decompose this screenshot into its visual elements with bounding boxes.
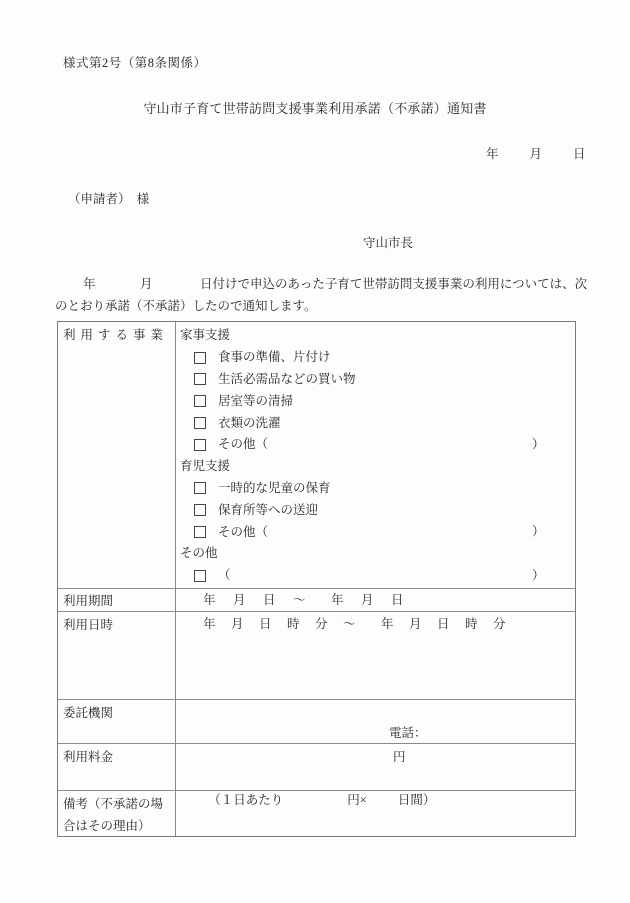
remarks-row-value bbox=[176, 791, 575, 836]
table-row-datetime: 利用日時 年 月 日 時 分 ～年 月 日 時 分 bbox=[58, 611, 575, 699]
body-year-blank: 年 bbox=[83, 277, 96, 292]
checkbox bbox=[194, 417, 206, 429]
period-to: 年 月 日 bbox=[331, 591, 406, 609]
mayor-signature: 守山市長 bbox=[363, 236, 413, 251]
datetime-row-value: 年 月 日 時 分 ～年 月 日 時 分 bbox=[176, 612, 575, 699]
table-row-service: 利用する事業 家事支援 食事の準備、片付け 生活必需品などの買い物 居室等の清掃… bbox=[58, 322, 575, 588]
service-row-label: 利用する事業 bbox=[58, 322, 176, 588]
close-paren: ） bbox=[532, 525, 545, 540]
group-heading: その他 bbox=[180, 546, 218, 561]
checkbox bbox=[194, 352, 206, 364]
group-heading: 育児支援 bbox=[180, 459, 230, 474]
service-group-kaji: 家事支援 bbox=[176, 325, 575, 347]
service-item: 居室等の清掃 bbox=[176, 390, 575, 412]
service-item-other: その他（） bbox=[176, 434, 575, 456]
service-item-label: その他（ bbox=[218, 525, 268, 540]
close-paren: ） bbox=[532, 437, 545, 452]
remarks-label-line1: 備考（不承諾の場 bbox=[63, 794, 173, 816]
phone-label: 電話： bbox=[389, 726, 427, 741]
service-item: 食事の準備、片付け bbox=[176, 347, 575, 369]
addressee-line: （申請者） 様 bbox=[68, 192, 149, 207]
service-group-ikuji: 育児支援 bbox=[176, 456, 575, 478]
fee-row-value: 円 （１日あたり円×日間） bbox=[176, 744, 575, 790]
checkbox bbox=[194, 395, 206, 407]
service-item-other: （） bbox=[176, 565, 575, 587]
service-item-label: 生活必需品などの買い物 bbox=[218, 372, 356, 387]
close-paren: ） bbox=[532, 568, 545, 583]
service-item-label: 居室等の清掃 bbox=[218, 394, 293, 409]
datetime-to: 年 月 日 時 分 bbox=[381, 615, 507, 633]
checkbox bbox=[194, 482, 206, 494]
group-heading: 家事支援 bbox=[180, 328, 230, 343]
service-item-label: 保育所等への送迎 bbox=[218, 503, 318, 518]
checkbox bbox=[194, 526, 206, 538]
fee-amount-unit: 円 bbox=[176, 744, 575, 769]
checkbox bbox=[194, 439, 206, 451]
document-page: 様式第2号（第8条関係） 守山市子育て世帯訪問支援事業利用承諾（不承諾）通知書 … bbox=[0, 0, 630, 903]
body-text-line2: のとおり承諾（不承諾）したので通知します。 bbox=[55, 299, 317, 314]
datetime-from: 年 月 日 時 分 ～ bbox=[203, 615, 357, 633]
service-group-other: その他 bbox=[176, 543, 575, 565]
table-row-period: 利用期間 年 月 日 ～年 月 日 bbox=[58, 588, 575, 611]
service-item-label: 衣類の洗濯 bbox=[218, 416, 281, 431]
page-title: 守山市子育て世帯訪問支援事業利用承諾（不承諾）通知書 bbox=[0, 101, 630, 116]
period-row-value: 年 月 日 ～年 月 日 bbox=[176, 589, 575, 611]
service-item: 保育所等への送迎 bbox=[176, 499, 575, 521]
table-row-agency: 委託機関 電話： bbox=[58, 699, 575, 743]
service-item-other: その他（） bbox=[176, 521, 575, 543]
issue-date-line: 年 月 日 bbox=[486, 147, 588, 162]
checkbox bbox=[194, 373, 206, 385]
service-item-label: 食事の準備、片付け bbox=[218, 350, 331, 365]
agency-row-value: 電話： bbox=[176, 700, 575, 743]
body-text-line1: 日付けで申込のあった子育て世帯訪問支援事業の利用については、次 bbox=[200, 277, 587, 292]
service-row-value: 家事支援 食事の準備、片付け 生活必需品などの買い物 居室等の清掃 衣類の洗濯 … bbox=[176, 322, 575, 588]
period-row-label: 利用期間 bbox=[58, 589, 176, 611]
remarks-label-line2: 合はその理由） bbox=[63, 816, 173, 838]
agency-row-label: 委託機関 bbox=[58, 700, 176, 743]
table-row-remarks: 備考（不承諾の場 合はその理由） bbox=[58, 790, 575, 836]
fee-row-label: 利用料金 bbox=[58, 744, 176, 790]
form-number: 様式第2号（第8条関係） bbox=[63, 56, 207, 71]
service-item: 生活必需品などの買い物 bbox=[176, 369, 575, 391]
checkbox bbox=[194, 570, 206, 582]
service-item-label: （ bbox=[218, 568, 231, 583]
period-from: 年 月 日 ～ bbox=[203, 591, 308, 609]
service-item: 衣類の洗濯 bbox=[176, 412, 575, 434]
datetime-row-label: 利用日時 bbox=[58, 612, 176, 699]
table-row-fee: 利用料金 円 （１日あたり円×日間） bbox=[58, 743, 575, 790]
notification-table: 利用する事業 家事支援 食事の準備、片付け 生活必需品などの買い物 居室等の清掃… bbox=[57, 321, 576, 837]
checkbox bbox=[194, 504, 206, 516]
service-item-label: その他（ bbox=[218, 437, 268, 452]
remarks-row-label: 備考（不承諾の場 合はその理由） bbox=[58, 791, 176, 836]
service-item-label: 一時的な児童の保育 bbox=[218, 481, 331, 496]
service-item: 一時的な児童の保育 bbox=[176, 478, 575, 500]
body-month-blank: 月 bbox=[140, 277, 153, 292]
